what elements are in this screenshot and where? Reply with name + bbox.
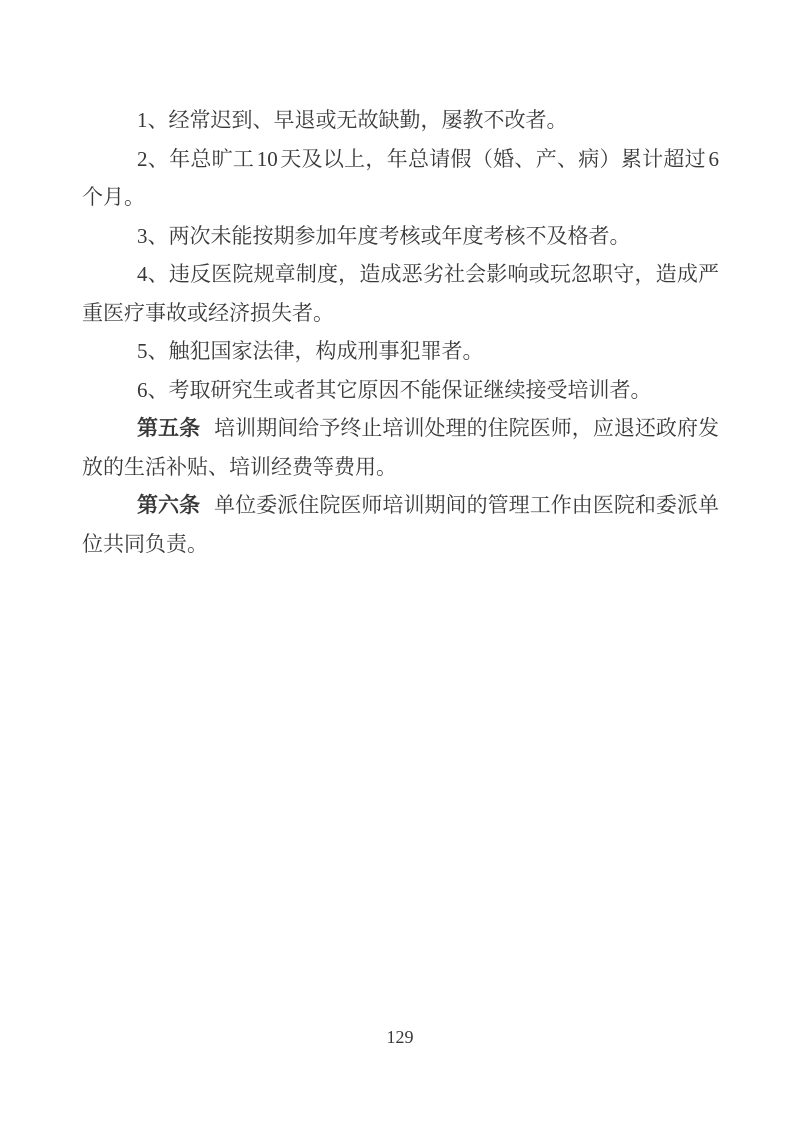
clause-item-3: 3、两次未能按期参加年度考核或年度考核不及格者。 bbox=[82, 217, 719, 256]
article-5-paragraph: 第五条培训期间给予终止培训处理的住院医师，应退还政府发放的生活补贴、培训经费等费… bbox=[82, 409, 719, 486]
clause-item-1: 1、经常迟到、早退或无故缺勤，屡教不改者。 bbox=[82, 101, 719, 140]
article-5-label: 第五条 bbox=[137, 416, 200, 440]
clause-item-6: 6、考取研究生或者其它原因不能保证继续接受培训者。 bbox=[82, 371, 719, 410]
clause-item-4: 4、违反医院规章制度，造成恶劣社会影响或玩忽职守，造成严重医疗事故或经济损失者。 bbox=[82, 255, 719, 332]
document-body: 1、经常迟到、早退或无故缺勤，屡教不改者。 2、年总旷工 10 天及以上，年总请… bbox=[82, 101, 719, 563]
clause-item-2: 2、年总旷工 10 天及以上，年总请假（婚、产、病）累计超过 6 个月。 bbox=[82, 140, 719, 217]
clause-item-5: 5、触犯国家法律，构成刑事犯罪者。 bbox=[82, 332, 719, 371]
article-6-label: 第六条 bbox=[137, 493, 200, 517]
article-6-paragraph: 第六条单位委派住院医师培训期间的管理工作由医院和委派单位共同负责。 bbox=[82, 486, 719, 563]
page-number: 129 bbox=[0, 1027, 800, 1048]
document-page: 1、经常迟到、早退或无故缺勤，屡教不改者。 2、年总旷工 10 天及以上，年总请… bbox=[0, 0, 800, 1129]
